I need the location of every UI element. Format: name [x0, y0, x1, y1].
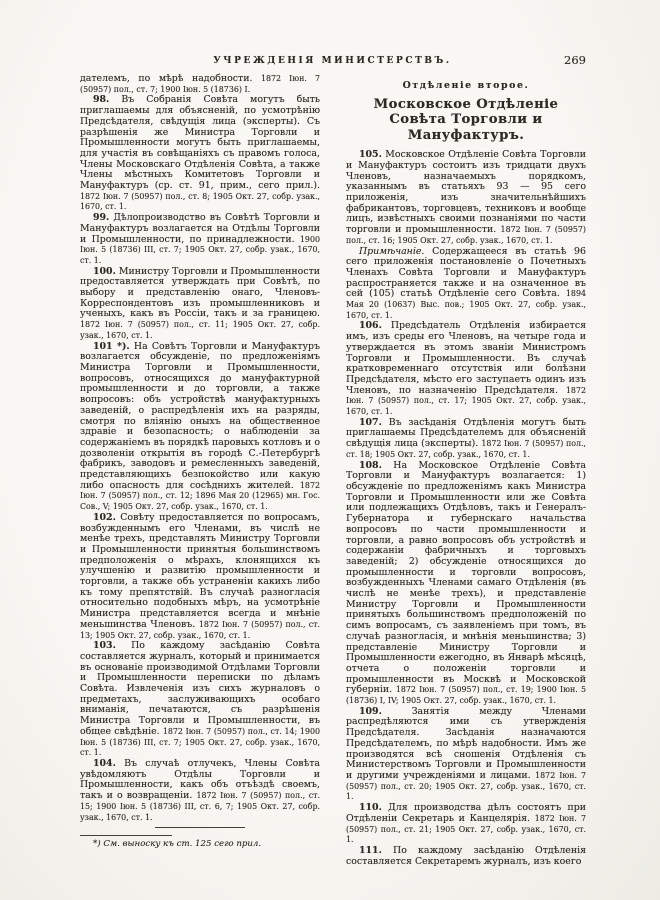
- page-number: 269: [564, 53, 586, 67]
- article-paragraph-110: 110. Для производства дѣлъ состоятъ при …: [346, 803, 586, 846]
- article-paragraph-continuation: дателемъ, по мѣрѣ надобности. 1872 Іюн. …: [80, 74, 320, 95]
- article-text: Московское Отдѣленіе Совѣта Торговли и М…: [346, 149, 586, 235]
- article-number: 108.: [359, 460, 382, 471]
- article-text: По каждому засѣданію Совѣта составляется…: [80, 640, 320, 737]
- article-number: 111.: [359, 845, 382, 856]
- article-text: Совѣту предоставляется по вопросамъ, воз…: [80, 512, 320, 630]
- article-number: 100.: [93, 266, 116, 277]
- article-number: 102.: [93, 512, 116, 523]
- running-head: УЧРЕЖДЕНІЯ МИНИСТЕРСТВЪ.: [80, 56, 585, 66]
- text-columns: дателемъ, по мѣрѣ надобности. 1872 Іюн. …: [80, 74, 586, 867]
- article-number: 105.: [359, 149, 382, 160]
- article-paragraph-102: 102. Совѣту предоставляется по вопросамъ…: [80, 513, 320, 641]
- article-paragraph-105: 105. Московское Отдѣленіе Совѣта Торговл…: [346, 150, 586, 246]
- article-paragraph-109: 109. Занятія между Членами распредѣляютс…: [346, 707, 586, 803]
- article-paragraph-104: 104. Въ случаѣ отлучекъ, Члены Совѣта ув…: [80, 759, 320, 823]
- article-text: По каждому засѣданію Отдѣленія составляе…: [346, 845, 586, 867]
- article-paragraph-106: 106. Предсѣдатель Отдѣленія избирается и…: [346, 321, 586, 417]
- article-note-paragraph: Примѣчаніе. Содержащееся въ статьѣ 96 се…: [346, 247, 586, 322]
- article-text: Дѣлопроизводство въ Совѣтѣ Торговли и Ма…: [80, 212, 320, 244]
- article-paragraph-101: 101 *). На Совѣтъ Торговли и Мануфактуръ…: [80, 342, 320, 513]
- article-number: 104.: [93, 758, 116, 769]
- left-column: дателемъ, по мѣрѣ надобности. 1872 Іюн. …: [80, 74, 320, 867]
- article-paragraph-111: 111. По каждому засѣданію Отдѣленія сост…: [346, 846, 586, 867]
- article-number: 110.: [359, 802, 382, 813]
- article-number: 98.: [93, 94, 109, 105]
- section-label: Отдѣленіе второе.: [346, 81, 586, 92]
- article-text: Въ Собранія Совѣта могутъ быть приглашае…: [80, 94, 320, 191]
- article-paragraph-107: 107. Въ засѣданія Отдѣленія могутъ быть …: [346, 418, 586, 461]
- article-text: На Московское Отдѣленіе Совѣта Торговли …: [346, 460, 586, 696]
- article-paragraph-108: 108. На Московское Отдѣленіе Совѣта Торг…: [346, 461, 586, 707]
- article-text: дателемъ, по мѣрѣ надобности.: [80, 73, 252, 84]
- article-number: 99.: [93, 212, 109, 223]
- section-heading: Московское Отдѣленіе Совѣта Торговли и М…: [346, 97, 586, 144]
- article-number: 106.: [359, 320, 382, 331]
- citation: 1872 Іюн. 7 (50957) пол., ст. 8; 1905 Ок…: [80, 192, 320, 212]
- article-paragraph-99: 99. Дѣлопроизводство въ Совѣтѣ Торговли …: [80, 213, 320, 267]
- right-column: Отдѣленіе второе. Московское Отдѣленіе С…: [346, 74, 586, 867]
- article-number: 103.: [93, 640, 116, 651]
- note-label: Примѣчаніе.: [359, 246, 424, 257]
- article-text: Занятія между Членами распредѣляются ими…: [346, 706, 586, 781]
- article-text: Предсѣдатель Отдѣленія избирается имъ, и…: [346, 320, 586, 395]
- article-text: Министру Торговли и Промышленности предо…: [80, 266, 320, 320]
- footnote: *) См. выноску къ ст. 125 сего прил.: [80, 839, 320, 850]
- citation: 1872 Іюн. 7 (50957) пол., ст. 11; 1905 О…: [80, 320, 320, 340]
- article-paragraph-100: 100. Министру Торговли и Промышленности …: [80, 267, 320, 342]
- article-paragraph-103: 103. По каждому засѣданію Совѣта составл…: [80, 641, 320, 759]
- article-number: 101 *).: [93, 341, 130, 352]
- scanned-document-page: УЧРЕЖДЕНІЯ МИНИСТЕРСТВЪ. 269 дателемъ, п…: [0, 0, 660, 900]
- article-text: На Совѣтъ Торговли и Мануфактуръ возлага…: [80, 341, 320, 491]
- footnote-separator-rule: [80, 835, 172, 836]
- article-paragraph-98: 98. Въ Собранія Совѣта могутъ быть пригл…: [80, 95, 320, 213]
- section-end-rule: [155, 827, 245, 828]
- article-number: 109.: [359, 706, 382, 717]
